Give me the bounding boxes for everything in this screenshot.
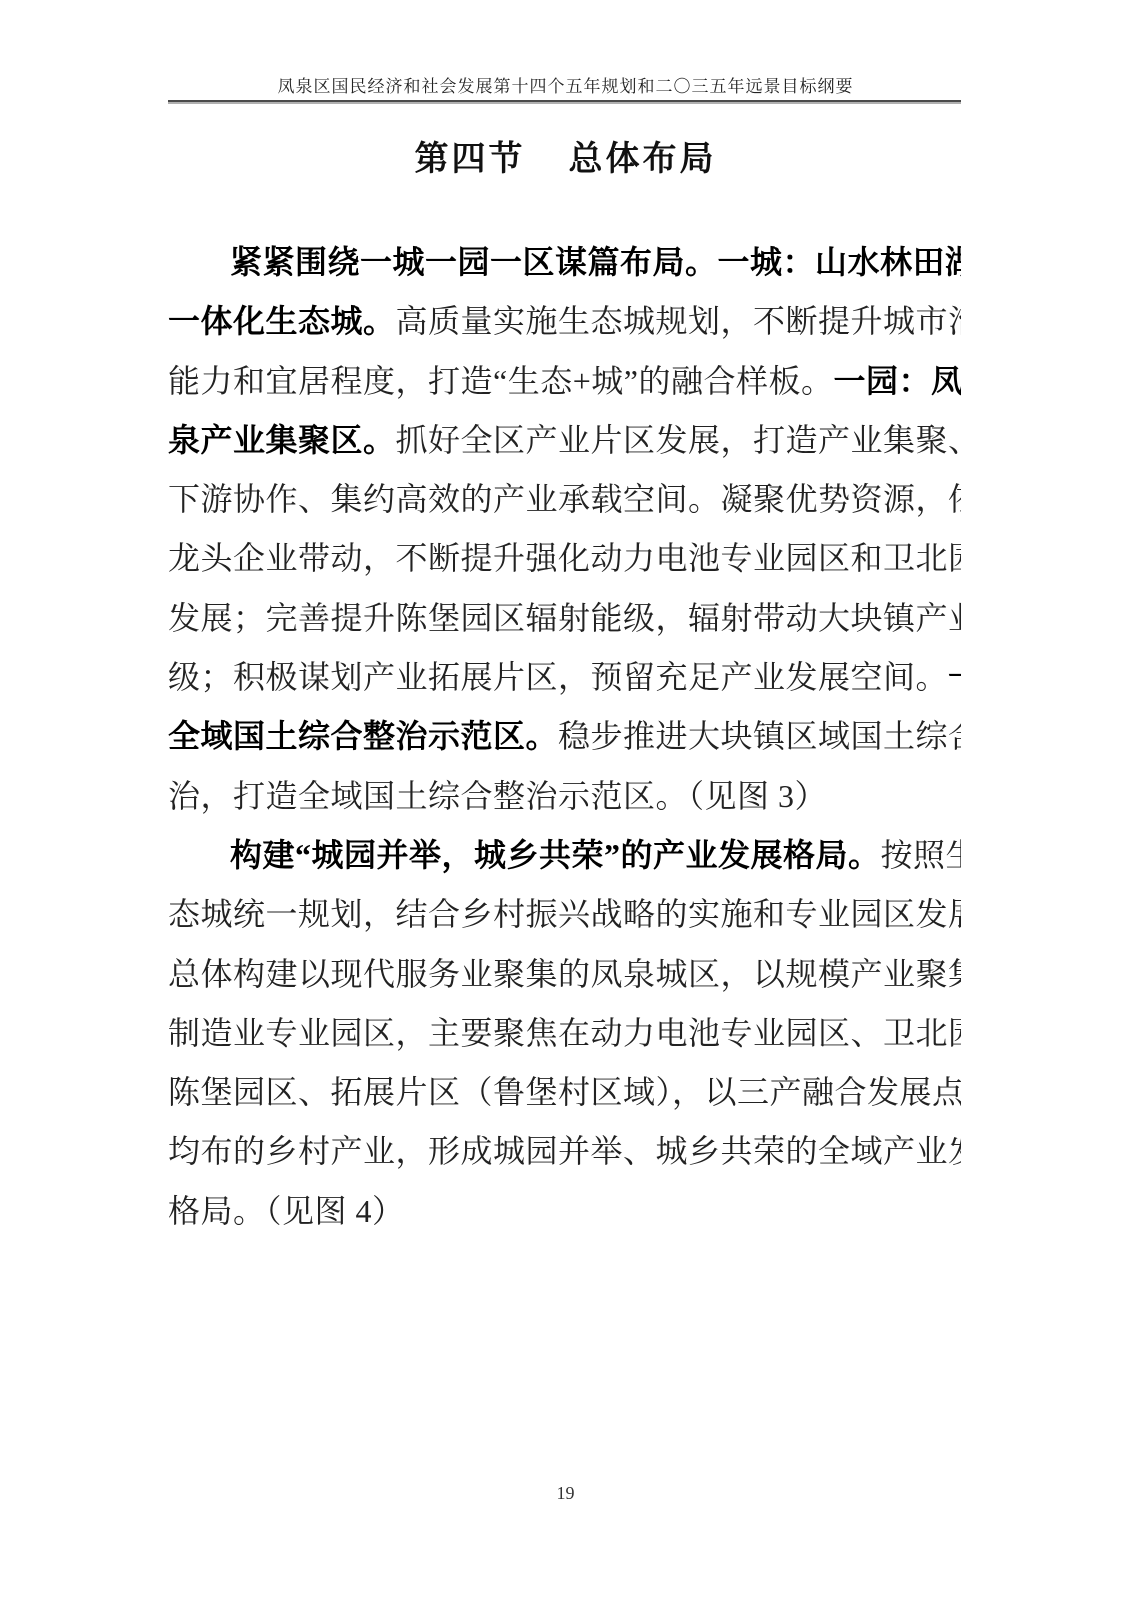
text-line: 制造业专业园区，主要聚焦在动力电池专业园区、卫北园区、 — [168, 1004, 961, 1063]
document-page: 凤泉区国民经济和社会发展第十四个五年规划和二〇三五年远景目标纲要 第四节 总体布… — [0, 0, 1131, 1600]
text-segment-bold: 一区： — [948, 659, 961, 695]
text-segment-bold: 紧紧围绕一城一园一区谋篇布局。一城：山水林田湖草 — [230, 244, 961, 280]
body-text: 紧紧围绕一城一园一区谋篇布局。一城：山水林田湖草一体化生态城。高质量实施生态城规… — [168, 233, 961, 1241]
page-number: 19 — [0, 1483, 1131, 1504]
header-divider-rule — [168, 100, 961, 104]
paragraph: 构建“城园并举，城乡共荣”的产业发展格局。按照生态城统一规划，结合乡村振兴战略的… — [168, 826, 961, 1241]
running-header: 凤泉区国民经济和社会发展第十四个五年规划和二〇三五年远景目标纲要 — [0, 72, 1131, 97]
text-line: 态城统一规划，结合乡村振兴战略的实施和专业园区发展， — [168, 885, 961, 944]
text-line: 龙头企业带动，不断提升强化动力电池专业园区和卫北园区 — [168, 529, 961, 588]
text-line: 下游协作、集约高效的产业承载空间。凝聚优势资源，依托 — [168, 470, 961, 529]
text-segment-bold: 泉产业集聚区。 — [168, 422, 396, 458]
text-segment: 下游协作、集约高效的产业承载空间。凝聚优势资源，依托 — [168, 481, 961, 517]
paragraph: 紧紧围绕一城一园一区谋篇布局。一城：山水林田湖草一体化生态城。高质量实施生态城规… — [168, 233, 961, 826]
text-segment-bold: 构建“城园并举，城乡共荣”的产业发展格局。 — [230, 837, 881, 873]
text-segment: 总体构建以现代服务业聚集的凤泉城区，以规模产业聚集的 — [168, 956, 961, 992]
text-segment: 按照生 — [881, 837, 961, 873]
text-segment: 态城统一规划，结合乡村振兴战略的实施和专业园区发展， — [168, 896, 961, 932]
text-line: 级；积极谋划产业拓展片区，预留充足产业发展空间。一区： — [168, 648, 961, 707]
text-segment: 陈堡园区、拓展片区（鲁堡村区域），以三产融合发展点状 — [168, 1074, 961, 1110]
text-line: 治，打造全域国土综合整治示范区。（见图 3） — [168, 767, 961, 826]
text-line: 全域国土综合整治示范区。稳步推进大块镇区域国土综合整 — [168, 707, 961, 766]
text-segment: 发展；完善提升陈堡园区辐射能级，辐射带动大块镇产业升 — [168, 600, 961, 636]
text-line: 格局。（见图 4） — [168, 1182, 961, 1241]
text-segment: 制造业专业园区，主要聚焦在动力电池专业园区、卫北园区、 — [168, 1015, 961, 1051]
text-segment: 级；积极谋划产业拓展片区，预留充足产业发展空间。 — [168, 659, 948, 695]
text-segment: 能力和宜居程度，打造“生态+城”的融合样板。 — [168, 363, 833, 399]
text-segment: 治，打造全域国土综合整治示范区。（见图 3） — [168, 778, 827, 814]
text-line: 总体构建以现代服务业聚集的凤泉城区，以规模产业聚集的 — [168, 945, 961, 1004]
text-segment: 抓好全区产业片区发展，打造产业集聚、上 — [396, 422, 961, 458]
text-line: 均布的乡村产业，形成城园并举、城乡共荣的全域产业发展 — [168, 1122, 961, 1181]
text-segment-bold: 一体化生态城。 — [168, 303, 396, 339]
text-segment: 高质量实施生态城规划，不断提升城市治理 — [396, 303, 961, 339]
text-segment: 稳步推进大块镇区域国土综合整 — [558, 718, 961, 754]
text-line: 泉产业集聚区。抓好全区产业片区发展，打造产业集聚、上 — [168, 411, 961, 470]
text-segment: 龙头企业带动，不断提升强化动力电池专业园区和卫北园区 — [168, 540, 961, 576]
text-line: 陈堡园区、拓展片区（鲁堡村区域），以三产融合发展点状 — [168, 1063, 961, 1122]
text-line: 构建“城园并举，城乡共荣”的产业发展格局。按照生 — [168, 826, 961, 885]
text-segment-bold: 一园：凤 — [833, 363, 961, 399]
text-line: 能力和宜居程度，打造“生态+城”的融合样板。一园：凤 — [168, 352, 961, 411]
text-line: 紧紧围绕一城一园一区谋篇布局。一城：山水林田湖草 — [168, 233, 961, 292]
text-line: 一体化生态城。高质量实施生态城规划，不断提升城市治理 — [168, 292, 961, 351]
text-line: 发展；完善提升陈堡园区辐射能级，辐射带动大块镇产业升 — [168, 589, 961, 648]
text-segment-bold: 全域国土综合整治示范区。 — [168, 718, 558, 754]
text-segment: 均布的乡村产业，形成城园并举、城乡共荣的全域产业发展 — [168, 1133, 961, 1169]
section-heading: 第四节 总体布局 — [0, 131, 1131, 180]
text-segment: 格局。（见图 4） — [168, 1193, 405, 1229]
